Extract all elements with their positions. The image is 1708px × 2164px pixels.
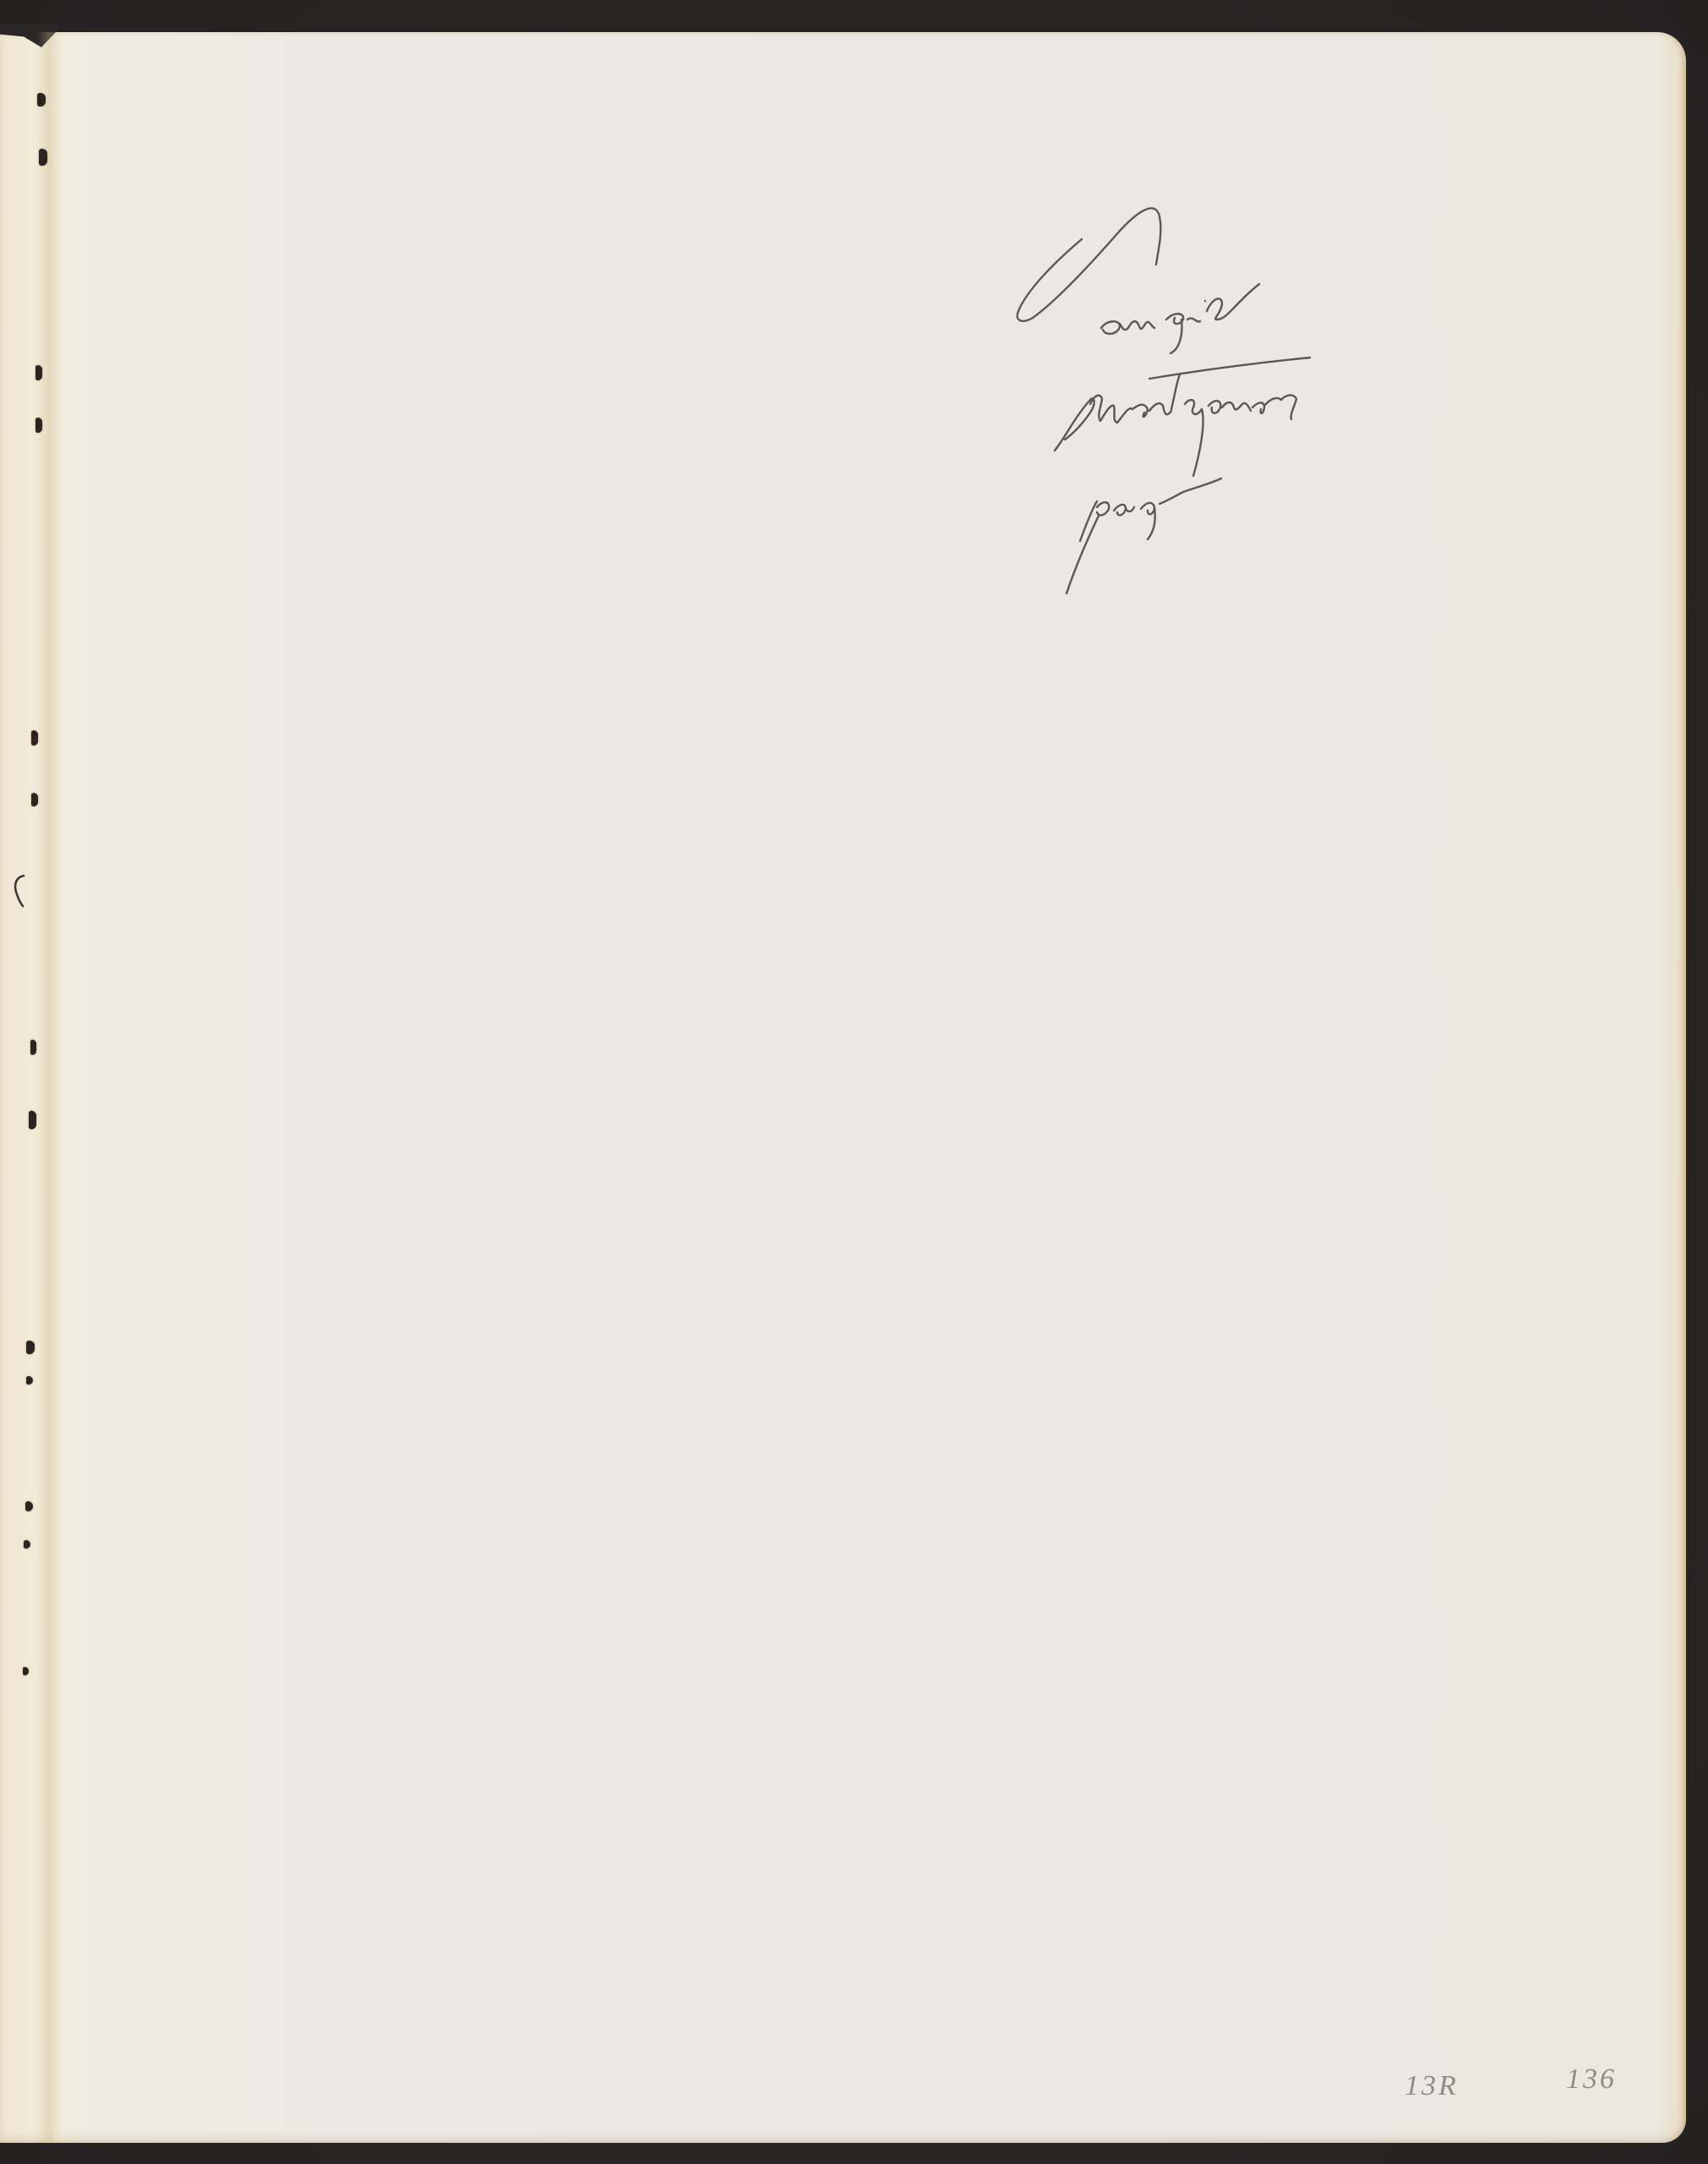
binding-hole — [25, 1501, 33, 1511]
binding-hole — [35, 365, 42, 380]
binding-hole — [24, 1540, 30, 1549]
binding-hole — [29, 1111, 36, 1129]
binding-hole — [37, 93, 46, 107]
binding-hole — [23, 1667, 29, 1675]
binding-hole — [31, 730, 38, 746]
handwriting-strokes — [1006, 193, 1394, 598]
binding-hole — [35, 418, 42, 433]
binding-hole — [26, 1341, 35, 1354]
gutter-shadow — [37, 32, 63, 2143]
binding-hole — [31, 793, 38, 806]
binding-hole — [26, 1376, 33, 1385]
page-number-right: 136 — [1566, 2063, 1617, 2096]
margin-pencil-mark — [12, 874, 25, 908]
handwritten-note: Vangie Montgomery page — [1006, 193, 1394, 598]
page-number-left: 13R — [1405, 2070, 1459, 2102]
binding-hole — [30, 1040, 36, 1055]
binding-hole — [39, 149, 47, 166]
notebook-page: Vangie Montgomery page — [0, 32, 1686, 2143]
